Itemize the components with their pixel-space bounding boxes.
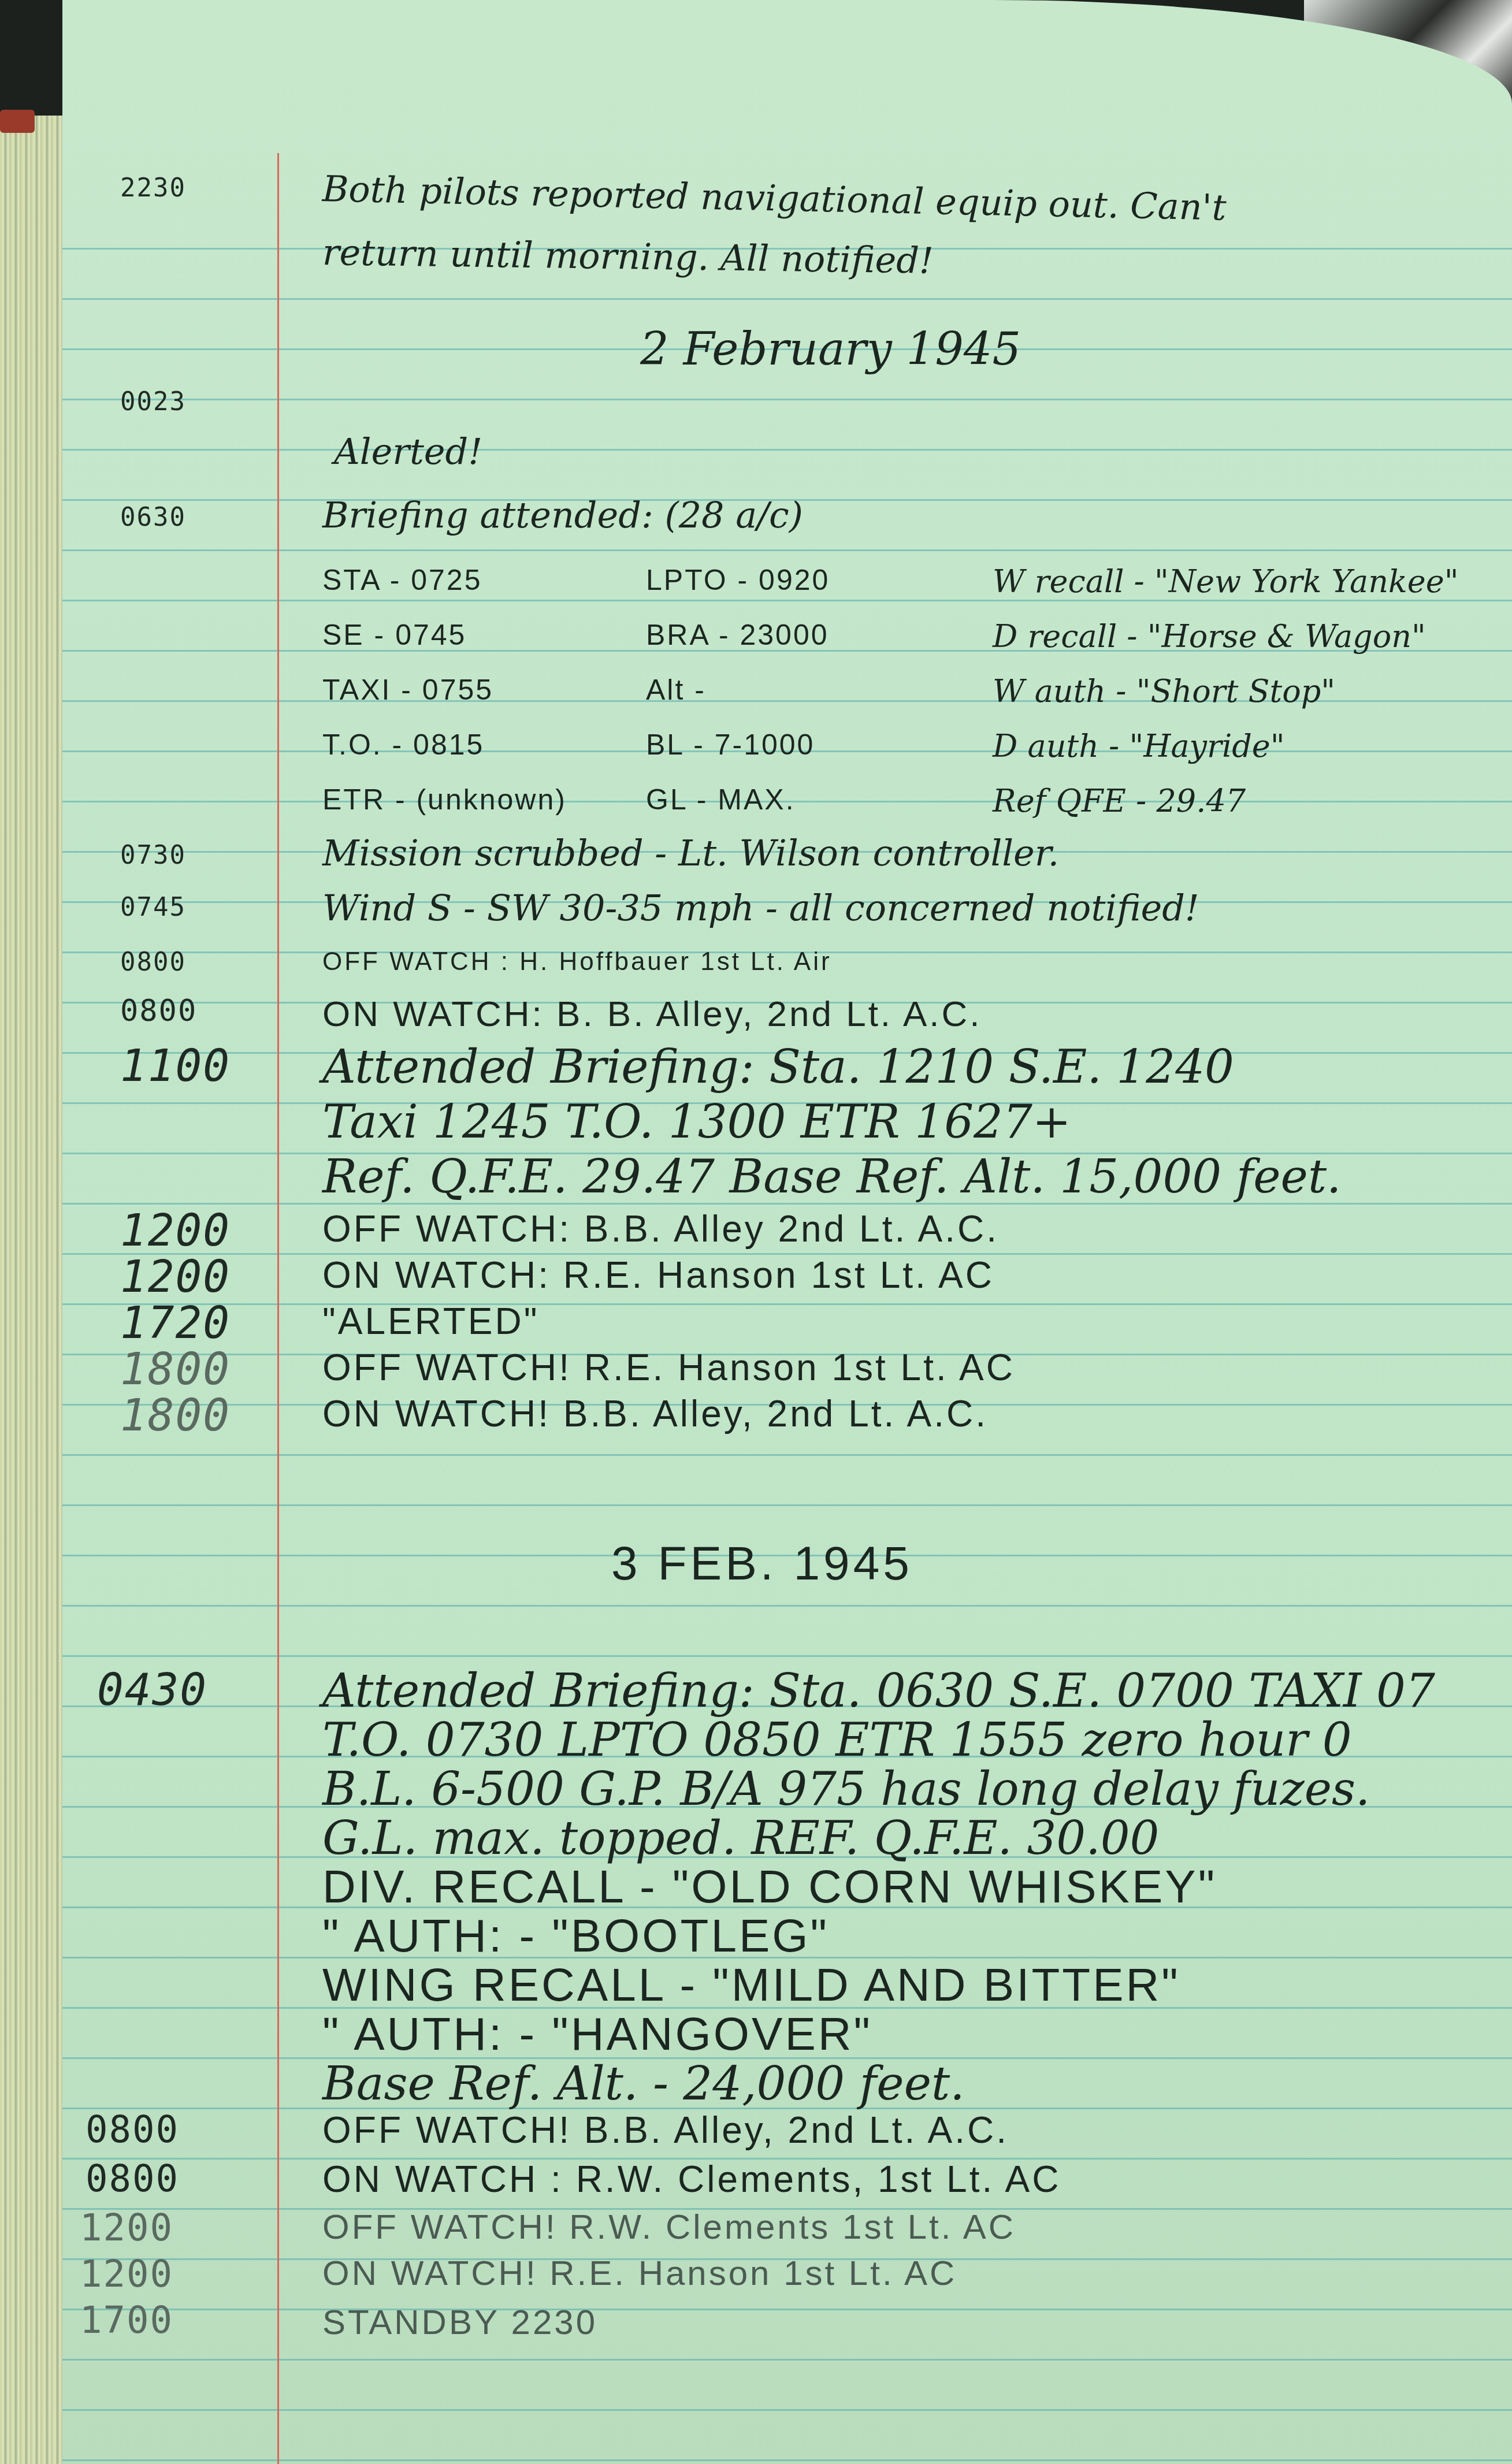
briefing-cell: BL - 7-1000 [646,728,993,764]
entry-off-watch: OFF WATCH: B.B. Alley 2nd Lt. A.C. [322,1207,999,1250]
briefing-cell: LPTO - 0920 [646,563,993,600]
time-1720: 1720 [120,1297,265,1348]
time-0430: 0430 [97,1664,242,1715]
briefing-cell: D auth - "Hayride" [993,728,1285,764]
entry-off-watch: OFF WATCH : H. Hoffbauer 1st Lt. Air [322,947,832,976]
briefing-cell: BRA - 23000 [646,618,993,655]
briefing-row: ETR - (unknown) GL - MAX. Ref QFE - 29.4… [322,783,1246,819]
briefing-cell: W auth - "Short Stop" [993,673,1335,709]
briefing-row: SE - 0745 BRA - 23000 D recall - "Horse … [322,618,1426,655]
entry-standby: STANDBY 2230 [322,2302,597,2342]
time-1800: 1800 [120,1389,265,1441]
time-1700: 1700 [80,2299,224,2342]
entry-briefing-2: Ref. Q.F.E. 29.47 Base Ref. Alt. 15,000 … [322,1150,1342,1203]
time-1200: 1200 [80,2253,224,2296]
briefing-row: STA - 0725 LPTO - 0920 W recall - "New Y… [322,563,1459,600]
briefing-cell: T.O. - 0815 [322,728,646,764]
entry-on-watch: ON WATCH! B.B. Alley, 2nd Lt. A.C. [322,1392,988,1435]
entry-alerted: Alerted! [334,430,482,473]
briefing-cell: TAXI - 0755 [322,673,646,709]
entry-briefing-2: Taxi 1245 T.O. 1300 ETR 1627+ [322,1095,1071,1149]
briefing-row: TAXI - 0755 Alt - W auth - "Short Stop" [322,673,1335,709]
time-0745: 0745 [120,893,265,922]
entry-briefing-3: T.O. 0730 LPTO 0850 ETR 1555 zero hour 0 [322,1713,1352,1767]
entry-briefing-2: Attended Briefing: Sta. 1210 S.E. 1240 [322,1040,1234,1094]
margin-line [277,153,279,2464]
date-heading-feb2: 2 February 1945 [640,324,1021,376]
time-0630: 0630 [120,503,265,532]
time-0023: 0023 [120,387,265,417]
briefing-cell: GL - MAX. [646,783,993,819]
briefing-cell: Ref QFE - 29.47 [993,783,1246,819]
entry-off-watch: OFF WATCH! R.W. Clements 1st Lt. AC [322,2207,1016,2247]
entry-alerted: "ALERTED" [322,1300,539,1343]
time-1200: 1200 [120,1205,265,1256]
time-1100: 1100 [120,1040,265,1091]
entry-scrubbed: Mission scrubbed - Lt. Wilson controller… [322,832,1059,874]
entry-off-watch: OFF WATCH! B.B. Alley, 2nd Lt. A.C. [322,2109,1009,2151]
entry-briefing-3: Attended Briefing: Sta. 0630 S.E. 0700 T… [322,1664,1435,1718]
time-1800: 1800 [120,1343,265,1395]
entry-wing-recall: WING RECALL - "MILD AND BITTER" [322,1958,1180,2012]
logbook-page: 2230 Both pilots reported navigational e… [62,0,1512,2464]
entry-base-ref-alt: Base Ref. Alt. - 24,000 feet. [322,2057,965,2110]
time-0800: 0800 [120,947,265,977]
time-2230: 2230 [120,173,265,203]
book-cover-corner [0,110,35,133]
time-0730: 0730 [120,841,265,870]
entry-briefing-3: B.L. 6-500 G.P. B/A 975 has long delay f… [322,1762,1370,1816]
entry-on-watch: ON WATCH : R.W. Clements, 1st Lt. AC [322,2158,1061,2201]
briefing-cell: D recall - "Horse & Wagon" [993,618,1426,655]
entry-on-watch: ON WATCH! R.E. Hanson 1st Lt. AC [322,2253,957,2293]
entry-on-watch: ON WATCH: B. B. Alley, 2nd Lt. A.C. [322,994,982,1035]
entry-div-recall: DIV. RECALL - "OLD CORN WHISKEY" [322,1860,1217,1913]
date-heading-feb3: 3 FEB. 1945 [611,1537,913,1591]
time-1200: 1200 [120,1251,265,1302]
time-1200: 1200 [80,2207,224,2250]
entry-wing-auth: " AUTH: - "HANGOVER" [322,2008,872,2061]
entry-briefing: Briefing attended: (28 a/c) [322,494,803,536]
entry-wind: Wind S - SW 30-35 mph - all concerned no… [322,887,1199,929]
entry-on-watch: ON WATCH: R.E. Hanson 1st Lt. AC [322,1254,994,1296]
entry-div-auth: " AUTH: - "BOOTLEG" [322,1909,829,1963]
time-0800: 0800 [120,994,265,1028]
briefing-cell: SE - 0745 [322,618,646,655]
briefing-cell: STA - 0725 [322,563,646,600]
time-0800: 0800 [86,2158,230,2201]
entry-briefing-3: G.L. max. topped. REF. Q.F.E. 30.00 [322,1811,1159,1865]
entry-off-watch: OFF WATCH! R.E. Hanson 1st Lt. AC [322,1346,1015,1389]
briefing-row: T.O. - 0815 BL - 7-1000 D auth - "Hayrid… [322,728,1285,764]
briefing-cell: Alt - [646,673,993,709]
page-stack-edge [0,116,65,2464]
entry-line: return until morning. All notified! [322,231,934,282]
time-0800: 0800 [86,2109,230,2151]
briefing-cell: ETR - (unknown) [322,783,646,819]
briefing-cell: W recall - "New York Yankee" [993,563,1459,600]
